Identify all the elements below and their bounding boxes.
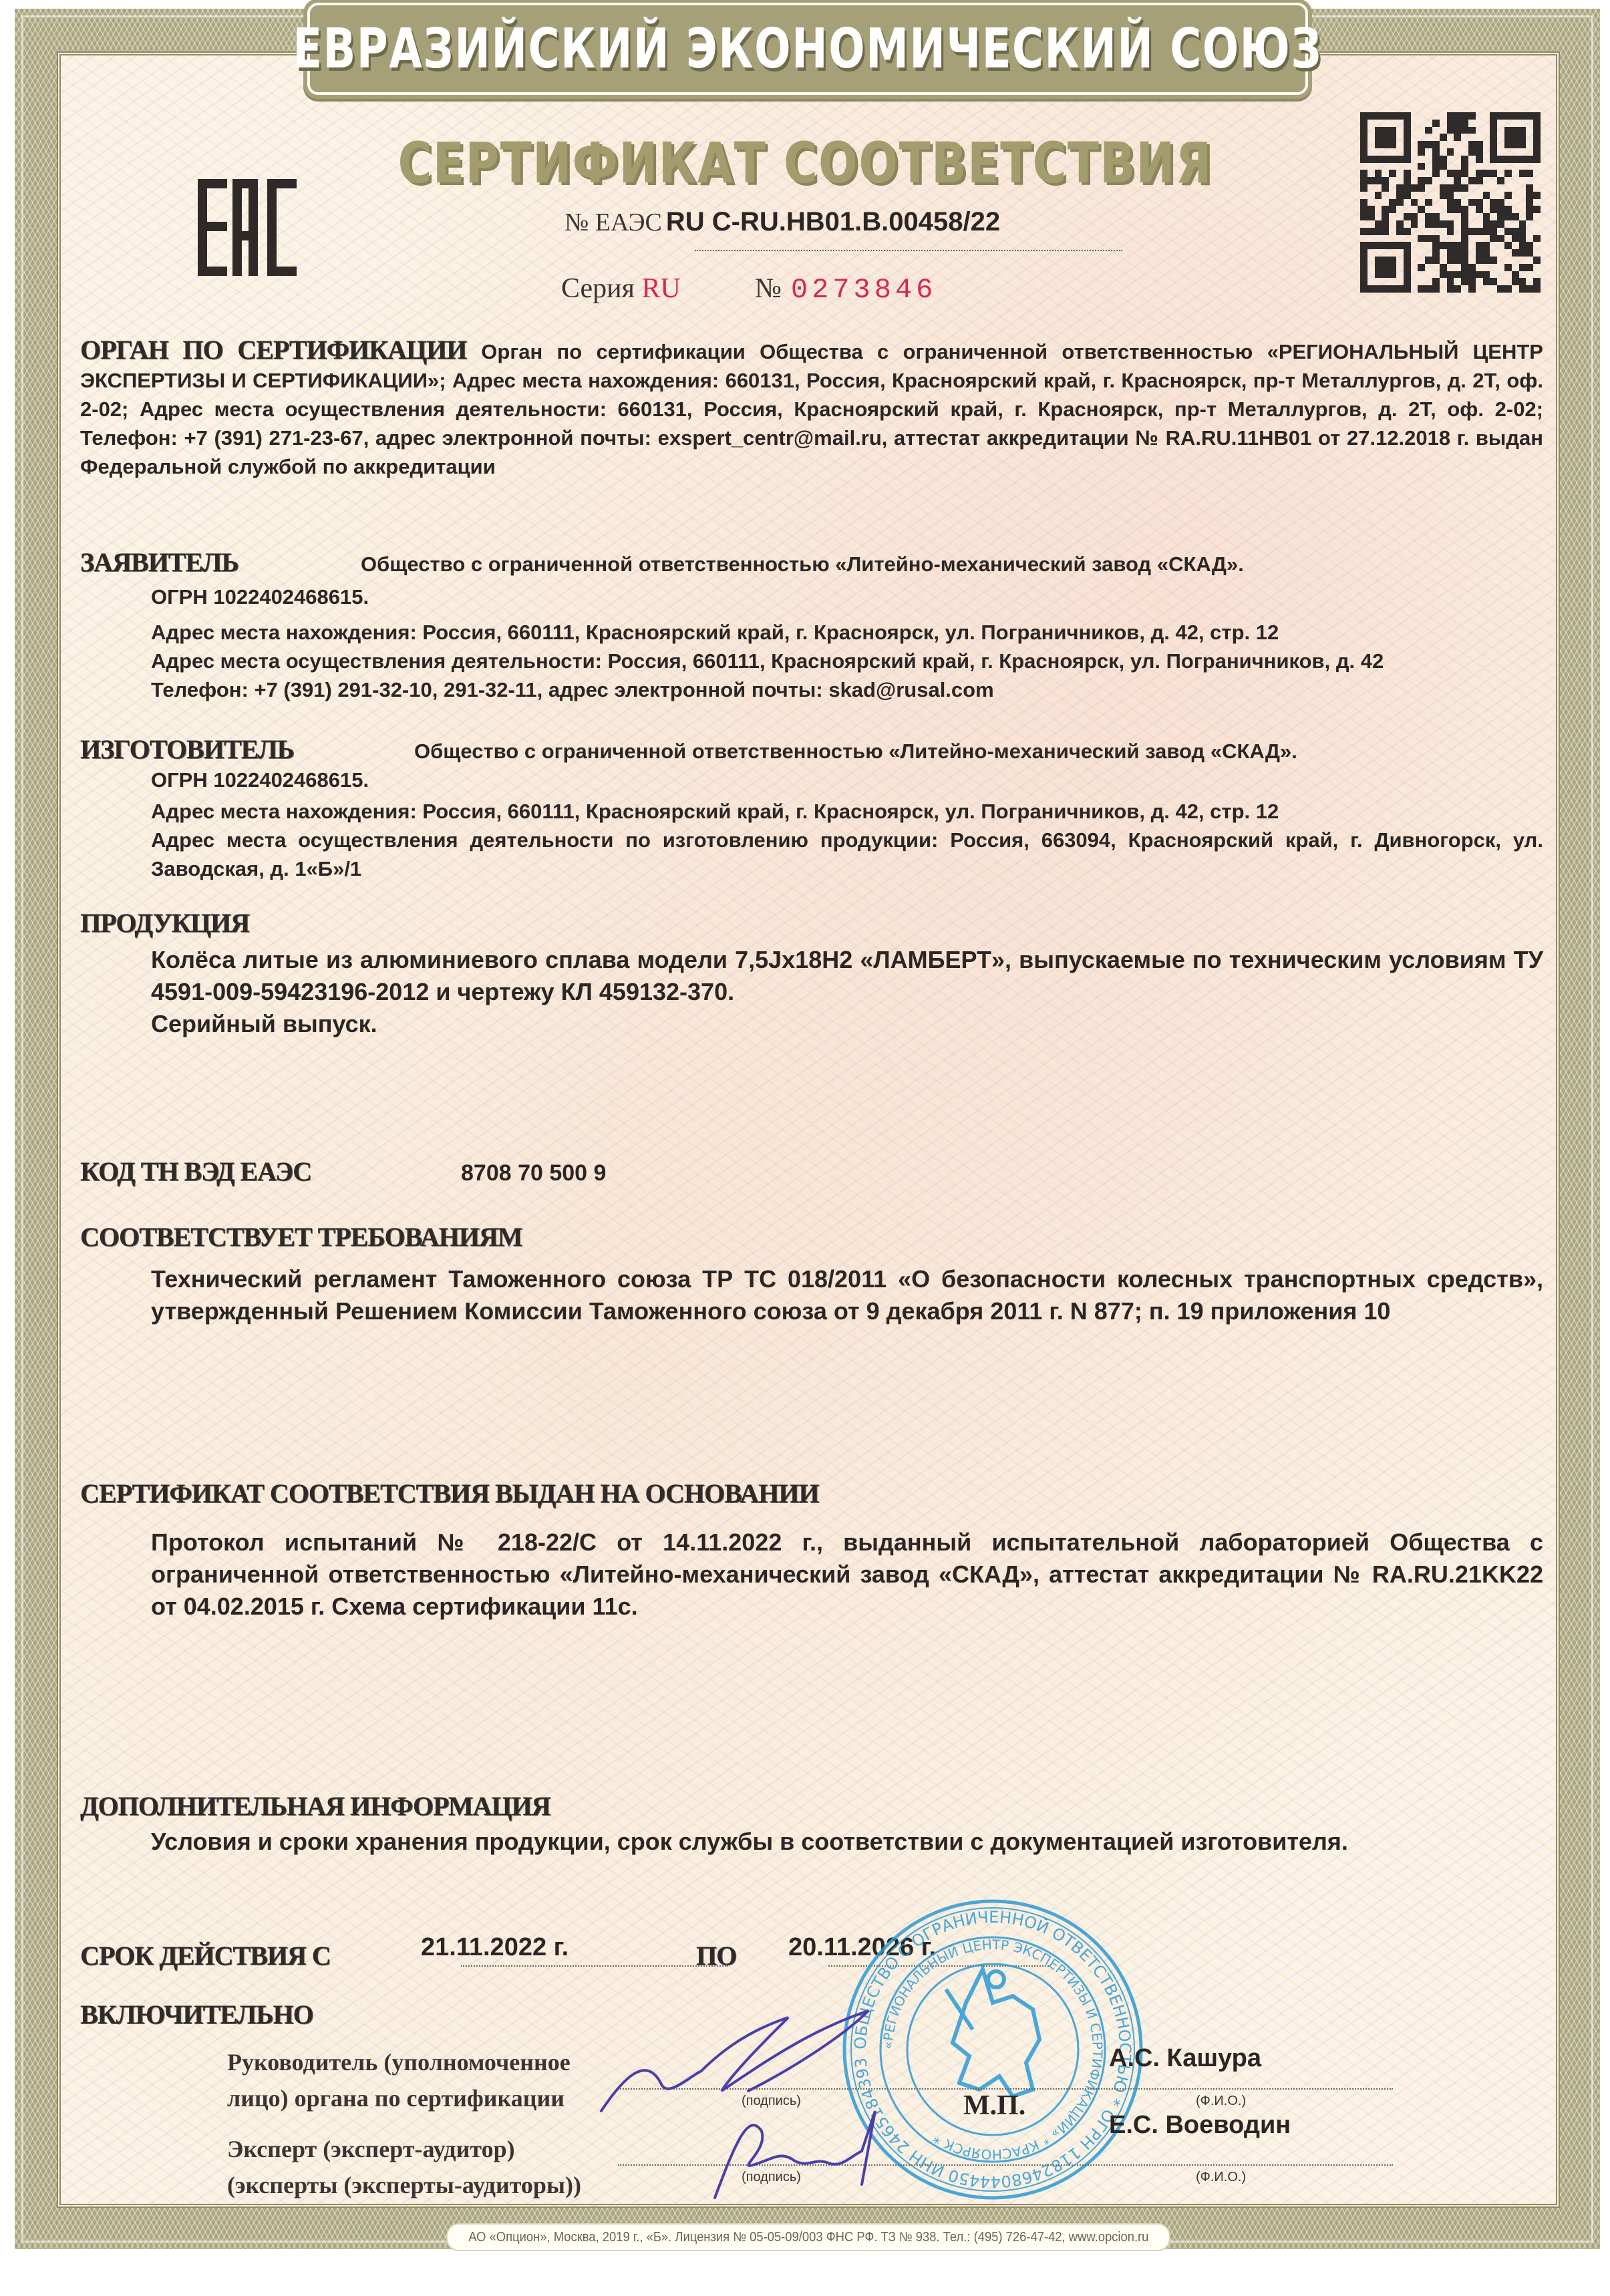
manufacturer-name: Общество с ограниченной ответственностью… (414, 740, 1297, 763)
seal-place-mark: М.П. (963, 2090, 1025, 2122)
section-label: СЕРТИФИКАТ СООТВЕТСТВИЯ ВЫДАН НА ОСНОВАН… (80, 1478, 1543, 1509)
additional-info-text: Условия и сроки хранения продукции, срок… (80, 1826, 1543, 1858)
hs-code-value: 8708 70 500 9 (461, 1160, 606, 1186)
blank-series: Серия RU №0273846 (561, 273, 937, 306)
union-banner: ЕВРАЗИЙСКИЙ ЭКОНОМИЧЕСКИЙ СОЮЗ (307, 3, 1308, 95)
certificate-number-value: RU C-RU.HB01.B.00458/22 (666, 207, 1000, 237)
validity-from-date: 21.11.2022 г. (421, 1933, 569, 1962)
section-hs-code: КОД ТН ВЭД ЕАЭС8708 70 500 9 (80, 1156, 1543, 1188)
applicant-contacts: Телефон: +7 (391) 291-32-10, 291-32-11, … (80, 675, 1543, 704)
validity-from-label: СРОК ДЕЙСТВИЯ С (80, 1940, 331, 1971)
expert-name: Е.С. Воеводин (1109, 2111, 1291, 2140)
manufacturer-ogrn: ОГРН 1022402468615. (80, 766, 1543, 794)
series-label: Серия (561, 273, 635, 304)
requirements-text: Технический регламент Таможенного союза … (80, 1263, 1543, 1327)
validity-inclusive-label: ВКЛЮЧИТЕЛЬНО (80, 1999, 313, 2030)
applicant-address: Адрес места нахождения: Россия, 660111, … (80, 618, 1543, 647)
head-name-caption: (Ф.И.О.) (1196, 2094, 1246, 2109)
head-name: А.С. Кашура (1109, 2044, 1261, 2073)
section-additional-info: ДОПОЛНИТЕЛЬНАЯ ИНФОРМАЦИЯ Условия и срок… (80, 1790, 1543, 1858)
applicant-ogrn: ОГРН 1022402468615. (80, 583, 1543, 611)
applicant-name: Общество с ограниченной ответственностью… (361, 552, 1244, 576)
expert-name-caption: (Ф.И.О.) (1196, 2170, 1246, 2185)
union-banner-text: ЕВРАЗИЙСКИЙ ЭКОНОМИЧЕСКИЙ СОЮЗ (293, 17, 1322, 81)
blank-number-label: № (755, 273, 782, 304)
section-manufacturer: ИЗГОТОВИТЕЛЬОбщество с ограниченной отве… (80, 733, 1543, 883)
section-requirements: СООТВЕТСТВУЕТ ТРЕБОВАНИЯМ Технический ре… (80, 1221, 1543, 1327)
applicant-activity-address: Адрес места осуществления деятельности: … (80, 647, 1543, 675)
product-description: Колёса литые из алюминиевого сплава моде… (80, 944, 1543, 1008)
qr-code-icon (1360, 112, 1541, 293)
section-certification-body: ОРГАН ПО СЕРТИФИКАЦИИОрган по сертификац… (80, 335, 1543, 481)
series-value: RU (641, 273, 680, 304)
section-label: ОРГАН ПО СЕРТИФИКАЦИИ (80, 335, 466, 365)
section-issue-basis: СЕРТИФИКАТ СООТВЕТСТВИЯ ВЫДАН НА ОСНОВАН… (80, 1478, 1543, 1623)
section-product: ПРОДУКЦИЯ Колёса литые из алюминиевого с… (80, 907, 1543, 1040)
certificate-title-text: СЕРТИФИКАТ СООТВЕТСТВИЯ (398, 130, 1213, 196)
section-label: ЗАЯВИТЕЛЬ (80, 546, 361, 578)
certificate-number-label: № ЕАЭС (565, 208, 662, 237)
manufacturer-address: Адрес места нахождения: Россия, 660111, … (80, 797, 1543, 826)
section-label: СООТВЕТСТВУЕТ ТРЕБОВАНИЯМ (80, 1221, 1543, 1253)
blank-number-value: 0273846 (791, 274, 937, 306)
issue-basis-text: Протокол испытаний № 218-22/С от 14.11.2… (80, 1526, 1543, 1623)
section-applicant: ЗАЯВИТЕЛЬОбщество с ограниченной ответст… (80, 546, 1543, 704)
validity-to-label: ПО (696, 1940, 736, 1971)
section-label: ПРОДУКЦИЯ (80, 907, 1543, 939)
manufacturer-production-address: Адрес места осуществления деятельности п… (80, 826, 1543, 883)
product-release: Серийный выпуск. (80, 1008, 1543, 1040)
section-label: ДОПОЛНИТЕЛЬНАЯ ИНФОРМАЦИЯ (80, 1790, 1543, 1822)
section-label: ИЗГОТОВИТЕЛЬ (80, 733, 414, 765)
certificate-number: № ЕАЭС RU C-RU.HB01.B.00458/22 (565, 207, 1000, 237)
certificate-number-underline (695, 250, 1122, 251)
printer-imprint-text: АО «Опцион», Москва, 2019 г., «Б». Лицен… (468, 2230, 1148, 2245)
section-label: КОД ТН ВЭД ЕАЭС (80, 1156, 461, 1187)
printer-imprint: АО «Опцион», Москва, 2019 г., «Б». Лицен… (446, 2223, 1170, 2251)
expert-handwritten-signature-icon (695, 2104, 922, 2204)
eac-mark-icon (198, 179, 298, 276)
